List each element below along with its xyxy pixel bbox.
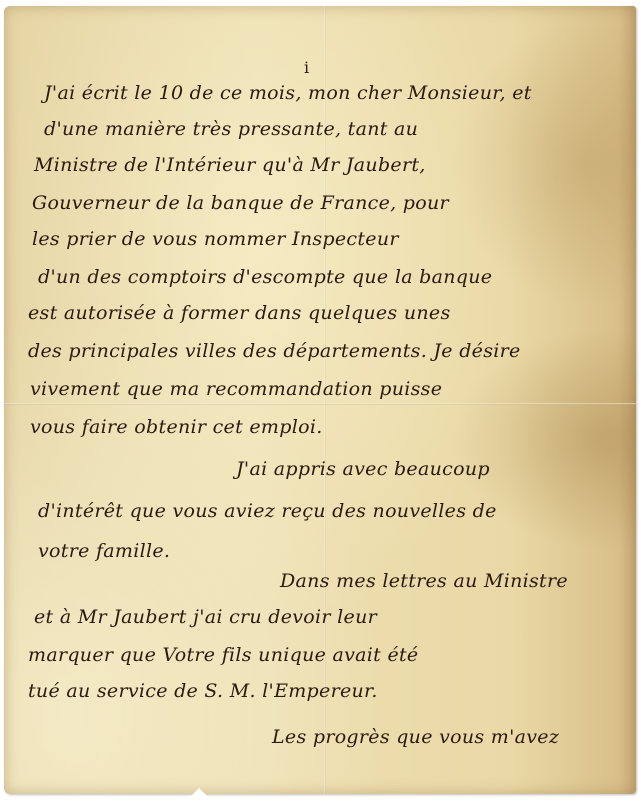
letter-line-18: Les progrès que vous m'avez — [272, 726, 559, 748]
letter-line-13: votre famille. — [38, 540, 170, 562]
letter-line-2: d'une manière très pressante, tant au — [44, 118, 418, 140]
letter-page: i J'ai écrit le 10 de ce mois, mon cher … — [4, 6, 636, 794]
letter-line-3: Ministre de l'Intérieur qu'à Mr Jaubert, — [34, 154, 426, 176]
letter-line-14: Dans mes lettres au Ministre — [280, 570, 568, 592]
letter-line-11: J'ai appris avec beaucoup — [236, 458, 490, 480]
letter-line-7: est autorisée à former dans quelques une… — [28, 302, 451, 324]
page-mark: i — [304, 58, 309, 77]
letter-line-12: d'intérêt que vous aviez reçu des nouvel… — [38, 500, 497, 522]
letter-line-5: les prier de vous nommer Inspecteur — [32, 228, 399, 250]
letter-line-17: tué au service de S. M. l'Empereur. — [28, 680, 378, 702]
letter-line-6: d'un des comptoirs d'escompte que la ban… — [38, 266, 492, 288]
letter-line-10: vous faire obtenir cet emploi. — [30, 416, 323, 438]
letter-line-4: Gouverneur de la banque de France, pour — [32, 192, 449, 214]
letter-line-9: vivement que ma recommandation puisse — [30, 378, 442, 400]
bottom-edge-tear — [189, 788, 209, 798]
letter-line-16: marquer que Votre fils unique avait été — [28, 644, 418, 666]
horizontal-fold-crease — [4, 403, 636, 405]
letter-line-15: et à Mr Jaubert j'ai cru devoir leur — [34, 606, 377, 628]
letter-line-8: des principales villes des départements.… — [28, 340, 521, 362]
letter-line-1: J'ai écrit le 10 de ce mois, mon cher Mo… — [44, 82, 532, 104]
